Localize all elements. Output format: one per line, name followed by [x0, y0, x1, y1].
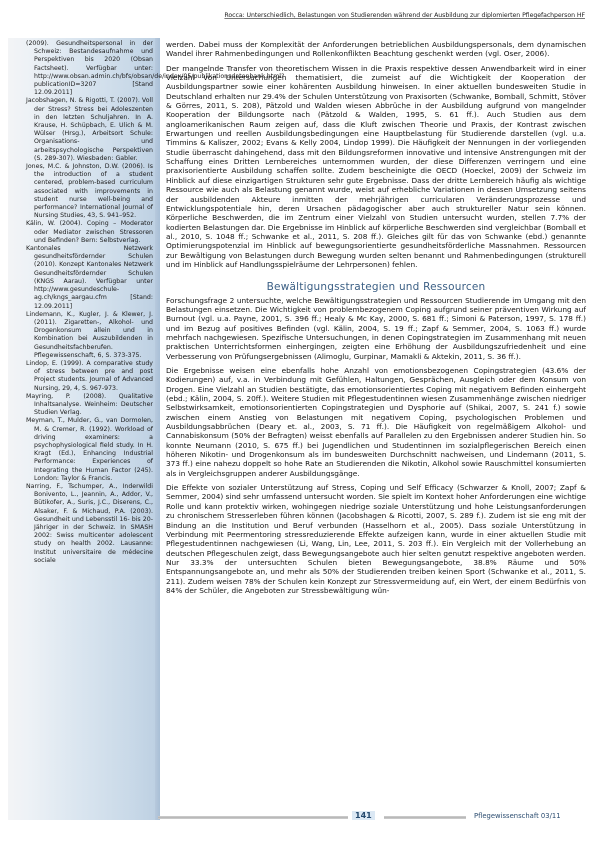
body-paragraph: Die Effekte von sozialer Unterstützung a…: [166, 483, 586, 595]
reference-item: Meyman, T., Mulder, G., van Dormolen, M.…: [26, 417, 153, 483]
body-paragraph: werden. Dabei muss der Komplexität der A…: [166, 40, 586, 59]
reference-item: Kantonales Netzwerk gesundheitsfördernde…: [26, 245, 153, 311]
reference-item: Kälin, W. (2004). Coping – Moderator ode…: [26, 220, 153, 245]
footer-rule-left: [158, 816, 348, 819]
reference-item: Lindemann, K., Kugler, J. & Klewer, J. (…: [26, 311, 153, 360]
body-paragraph: Der mangelnde Transfer von theoretischem…: [166, 64, 586, 270]
reference-item: (2009). Gesundheitspersonal in der Schwe…: [26, 40, 153, 97]
journal-issue: Pflegewissenschaft 03/11: [474, 812, 561, 820]
page-footer: 141 Pflegewissenschaft 03/11: [158, 812, 595, 826]
footer-rule-right: [384, 816, 466, 819]
running-head: Rocca: Unterschiedlich, Belastungen von …: [165, 12, 585, 19]
main-text-column: werden. Dabei muss der Komplexität der A…: [166, 40, 586, 600]
page-number: 141: [352, 811, 375, 820]
references-list: (2009). Gesundheitspersonal in der Schwe…: [26, 40, 153, 565]
reference-item: Lindop, E. (1999). A comparative study o…: [26, 360, 153, 393]
running-head-text: Rocca: Unterschiedlich, Belastungen von …: [224, 12, 585, 19]
section-heading: Bewältigungsstrategien und Ressourcen: [166, 283, 586, 292]
reference-item: Mayring, P. (2008). Qualitative Inhaltsa…: [26, 393, 153, 418]
reference-item: Jones, M.C. & Johnston, D.W. (2006). Is …: [26, 163, 153, 220]
body-paragraph: Forschungsfrage 2 untersuchte, welche Be…: [166, 296, 586, 361]
reference-item: Narring, F., Tschumper, A., Inderwildi B…: [26, 483, 153, 565]
body-paragraph: Die Ergebnisse weisen eine ebenfalls hoh…: [166, 366, 586, 478]
reference-item: Jacobshagen, N. & Rigotti, T. (2007). Vo…: [26, 97, 153, 163]
